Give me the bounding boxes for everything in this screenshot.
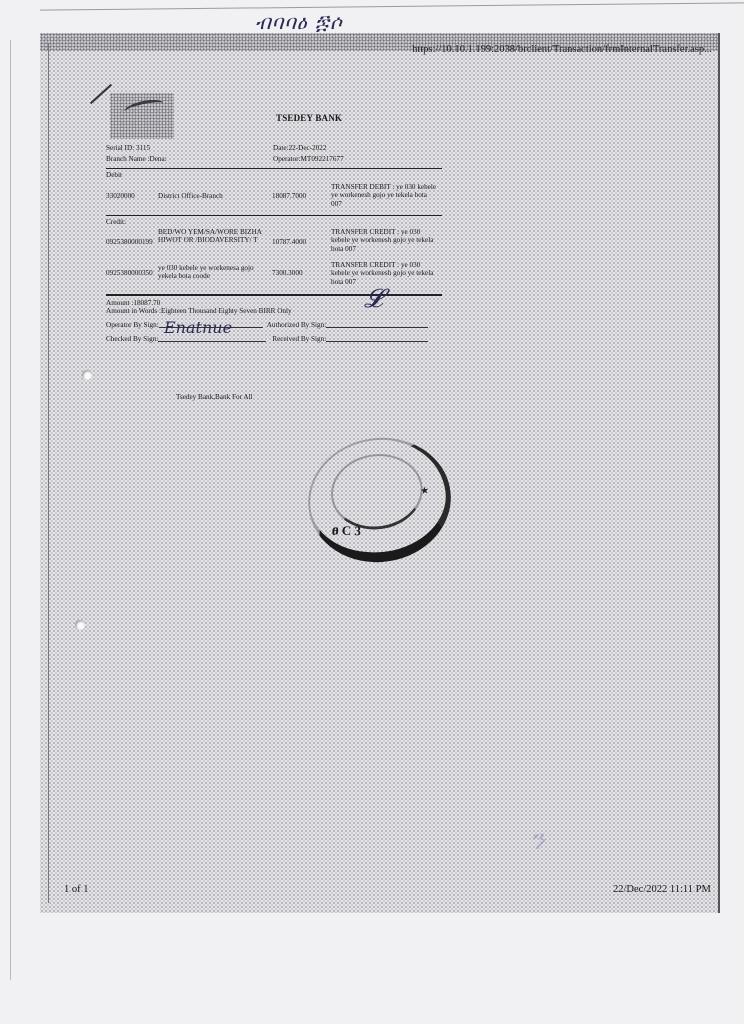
serial-id: Serial ID: 3115 [106,144,273,155]
amount: 10787.4000 [272,238,306,246]
authorized-signature-mark: 𝓛 [364,285,383,315]
pen-mark [90,84,112,104]
bank-name: TSEDEY BANK [276,113,342,123]
bank-logo-icon [110,93,174,139]
faint-ink-mark: ን [530,825,570,865]
signature-line [158,340,266,342]
signature-row: Operator By Sign: Authorized By Sign: [106,316,442,330]
star-icon: ★ [420,485,430,497]
operator-signature: Enatnue [164,319,232,337]
receipt-meta: Serial ID: 3115 Date:22-Dec-2022 Branch … [106,144,442,166]
amount-total: Amount :18087.70 [106,299,442,307]
description: TRANSFER CREDIT : ye 030 kebele ye worke… [331,261,439,286]
credit-label: Credit: [106,218,126,226]
amount: 18087.7000 [272,192,306,200]
signature-line [326,340,428,342]
receipt-summary: Amount :18087.70 Amount in Words :Eighte… [106,299,442,344]
page-count: 1 of 1 [64,884,89,895]
printed-timestamp: 22/Dec/2022 11:11 PM [613,884,711,895]
handwritten-note: ብባባዕ ፷ሶ [255,10,343,34]
account-number: 0925380000350 [106,269,153,277]
checked-sign-label: Checked By Sign: [106,335,158,343]
official-stamp: ★ ፀ C 3 [300,429,459,572]
authorized-sign-label: Authorized By Sign: [267,321,327,329]
amount-in-words: Amount in Words :Eighteen Thousand Eight… [106,307,442,315]
signature-row: Checked By Sign: Received By Sign: [106,330,442,344]
account-name: ye 030 kebele ye workenesa gojo yekela b… [158,264,268,281]
signature-line [326,326,428,328]
bank-tagline: Tsedey Bank,Bank For All [176,393,253,401]
description: TRANSFER DEBIT : ye 030 kebele ye worken… [331,183,439,208]
printed-page: https://10.10.1.199:2038/brclient/Transa… [40,33,720,913]
description: TRANSFER CREDIT : ye 030 kebele ye worke… [331,228,439,253]
account-name: District Office-Branch [158,192,268,200]
operator: Operator:MT092217677 [273,155,344,166]
divider [106,215,442,216]
divider [106,168,442,169]
account-name: BED/WO YEM/SA/WORE BIZHA HIWOT OR /BIODA… [158,228,268,245]
divider [106,294,442,296]
date: Date:22-Dec-2022 [273,144,327,155]
punch-hole [82,370,92,380]
paper-edge [10,40,17,980]
received-sign-label: Received By Sign: [272,335,326,343]
debit-label: Debit [106,171,122,179]
account-number: 0925380000199 [106,238,153,246]
stamp-text: ፀ C 3 [332,522,361,539]
page-url: https://10.10.1.199:2038/brclient/Transa… [412,44,712,55]
branch-name: Branch Name :Dena: [106,155,273,166]
amount: 7300.3000 [272,269,303,277]
operator-sign-label: Operator By Sign: [106,321,159,329]
margin-rule [48,43,49,903]
punch-hole [75,620,85,630]
account-number: 33020000 [106,192,135,200]
paper-edge [40,2,744,10]
